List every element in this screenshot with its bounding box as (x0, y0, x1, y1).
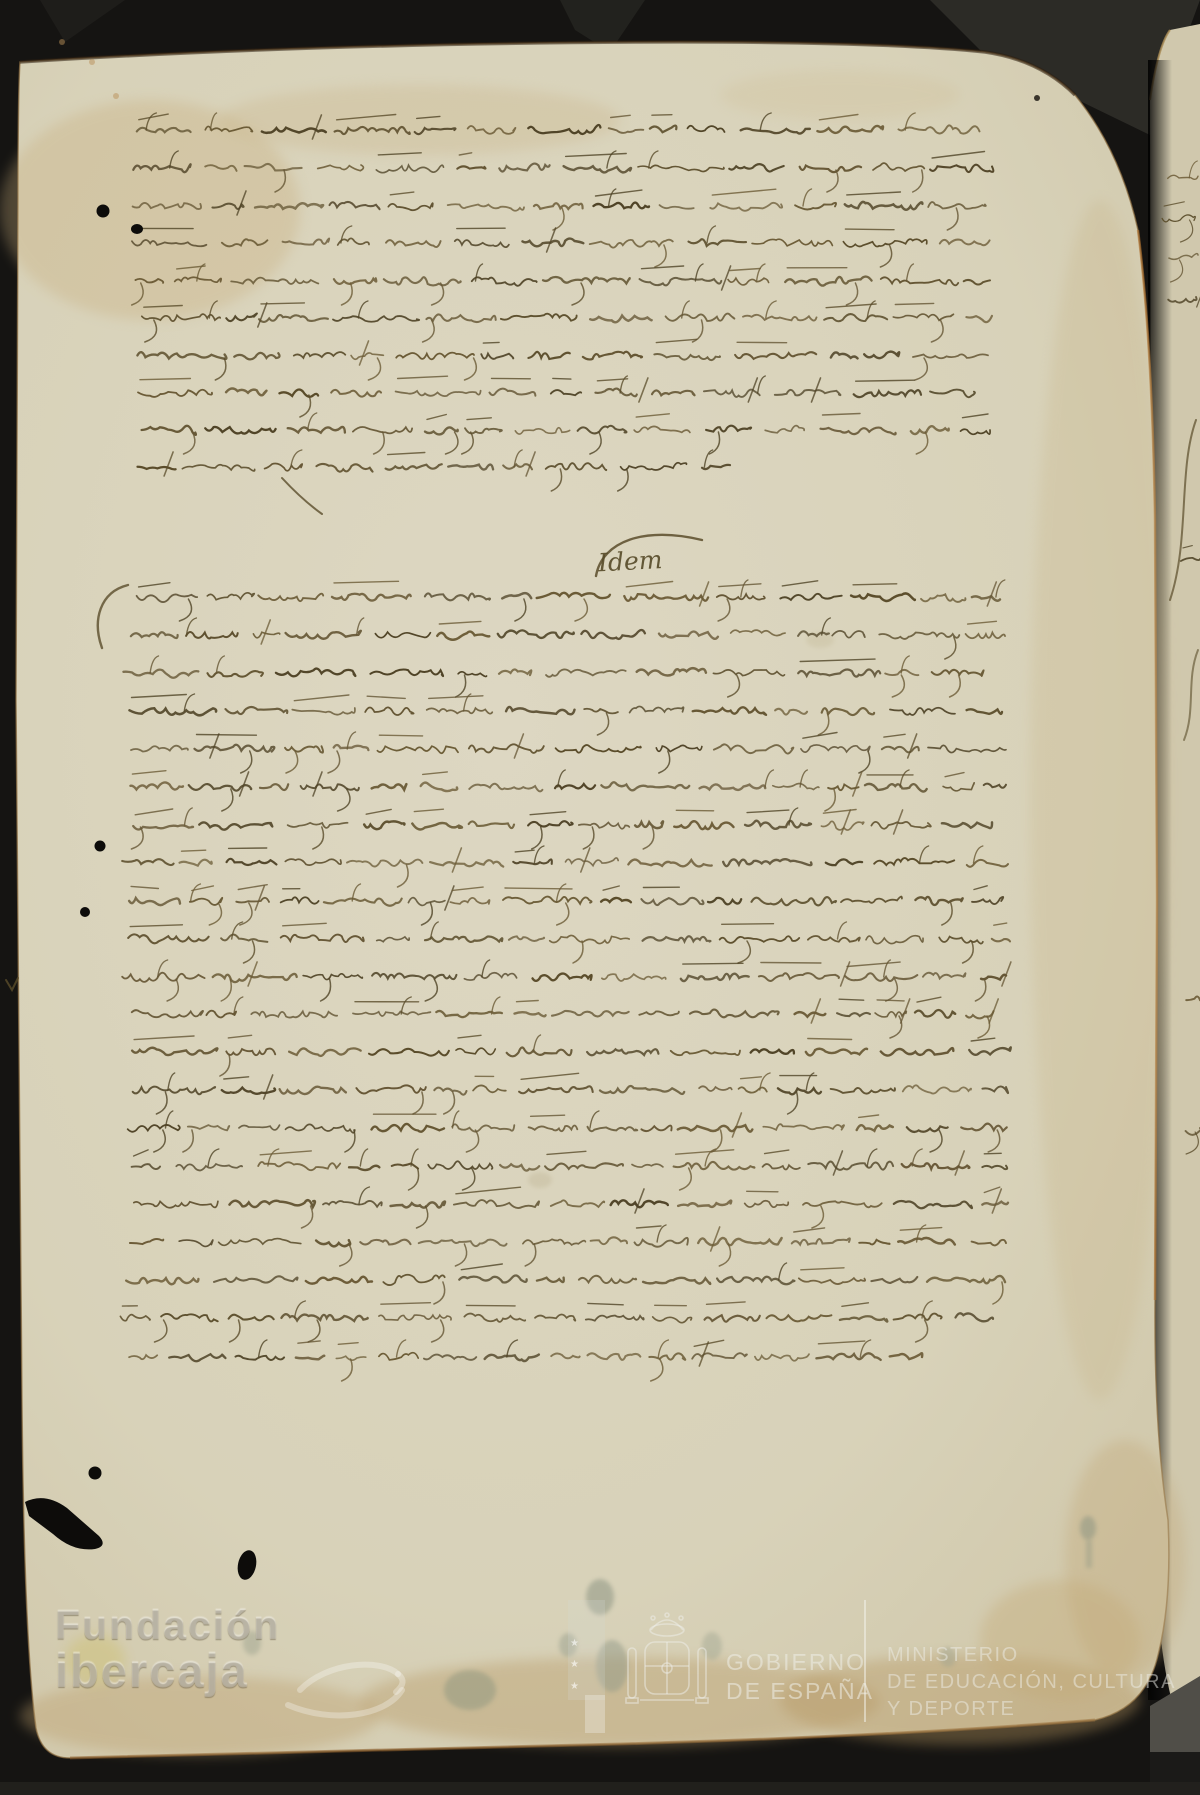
heading-idem: Idem (597, 544, 688, 578)
handwriting-stroke (722, 924, 774, 925)
handwriting-stroke (808, 1039, 852, 1040)
handwriting-stroke (747, 1191, 778, 1192)
archive-photo: Idem Fundación ibercaja ★ ★ ★ (0, 0, 1200, 1795)
handwriting-stroke (877, 1000, 904, 1001)
handwriting-stroke (553, 378, 571, 379)
handwriting-stroke (761, 963, 821, 964)
handwriting-stroke (505, 888, 572, 889)
handwriting-stroke (845, 229, 894, 230)
handwriting-stroke (379, 735, 422, 736)
handwriting-stroke (197, 735, 257, 736)
handwriting-stroke (182, 850, 206, 851)
handwriting-stroke (483, 342, 499, 343)
manuscript-scene (0, 0, 1200, 1795)
handwriting-stroke (652, 115, 672, 116)
handwriting-stroke (261, 303, 304, 304)
handwriting-stroke (853, 584, 897, 585)
handwriting-stroke (676, 810, 713, 811)
handwriting-stroke (856, 380, 915, 381)
handwriting-stroke (839, 999, 864, 1000)
handwriting-stroke (683, 963, 743, 964)
handwriting-stroke (984, 1153, 1001, 1154)
handwriting-stroke (466, 1305, 515, 1306)
